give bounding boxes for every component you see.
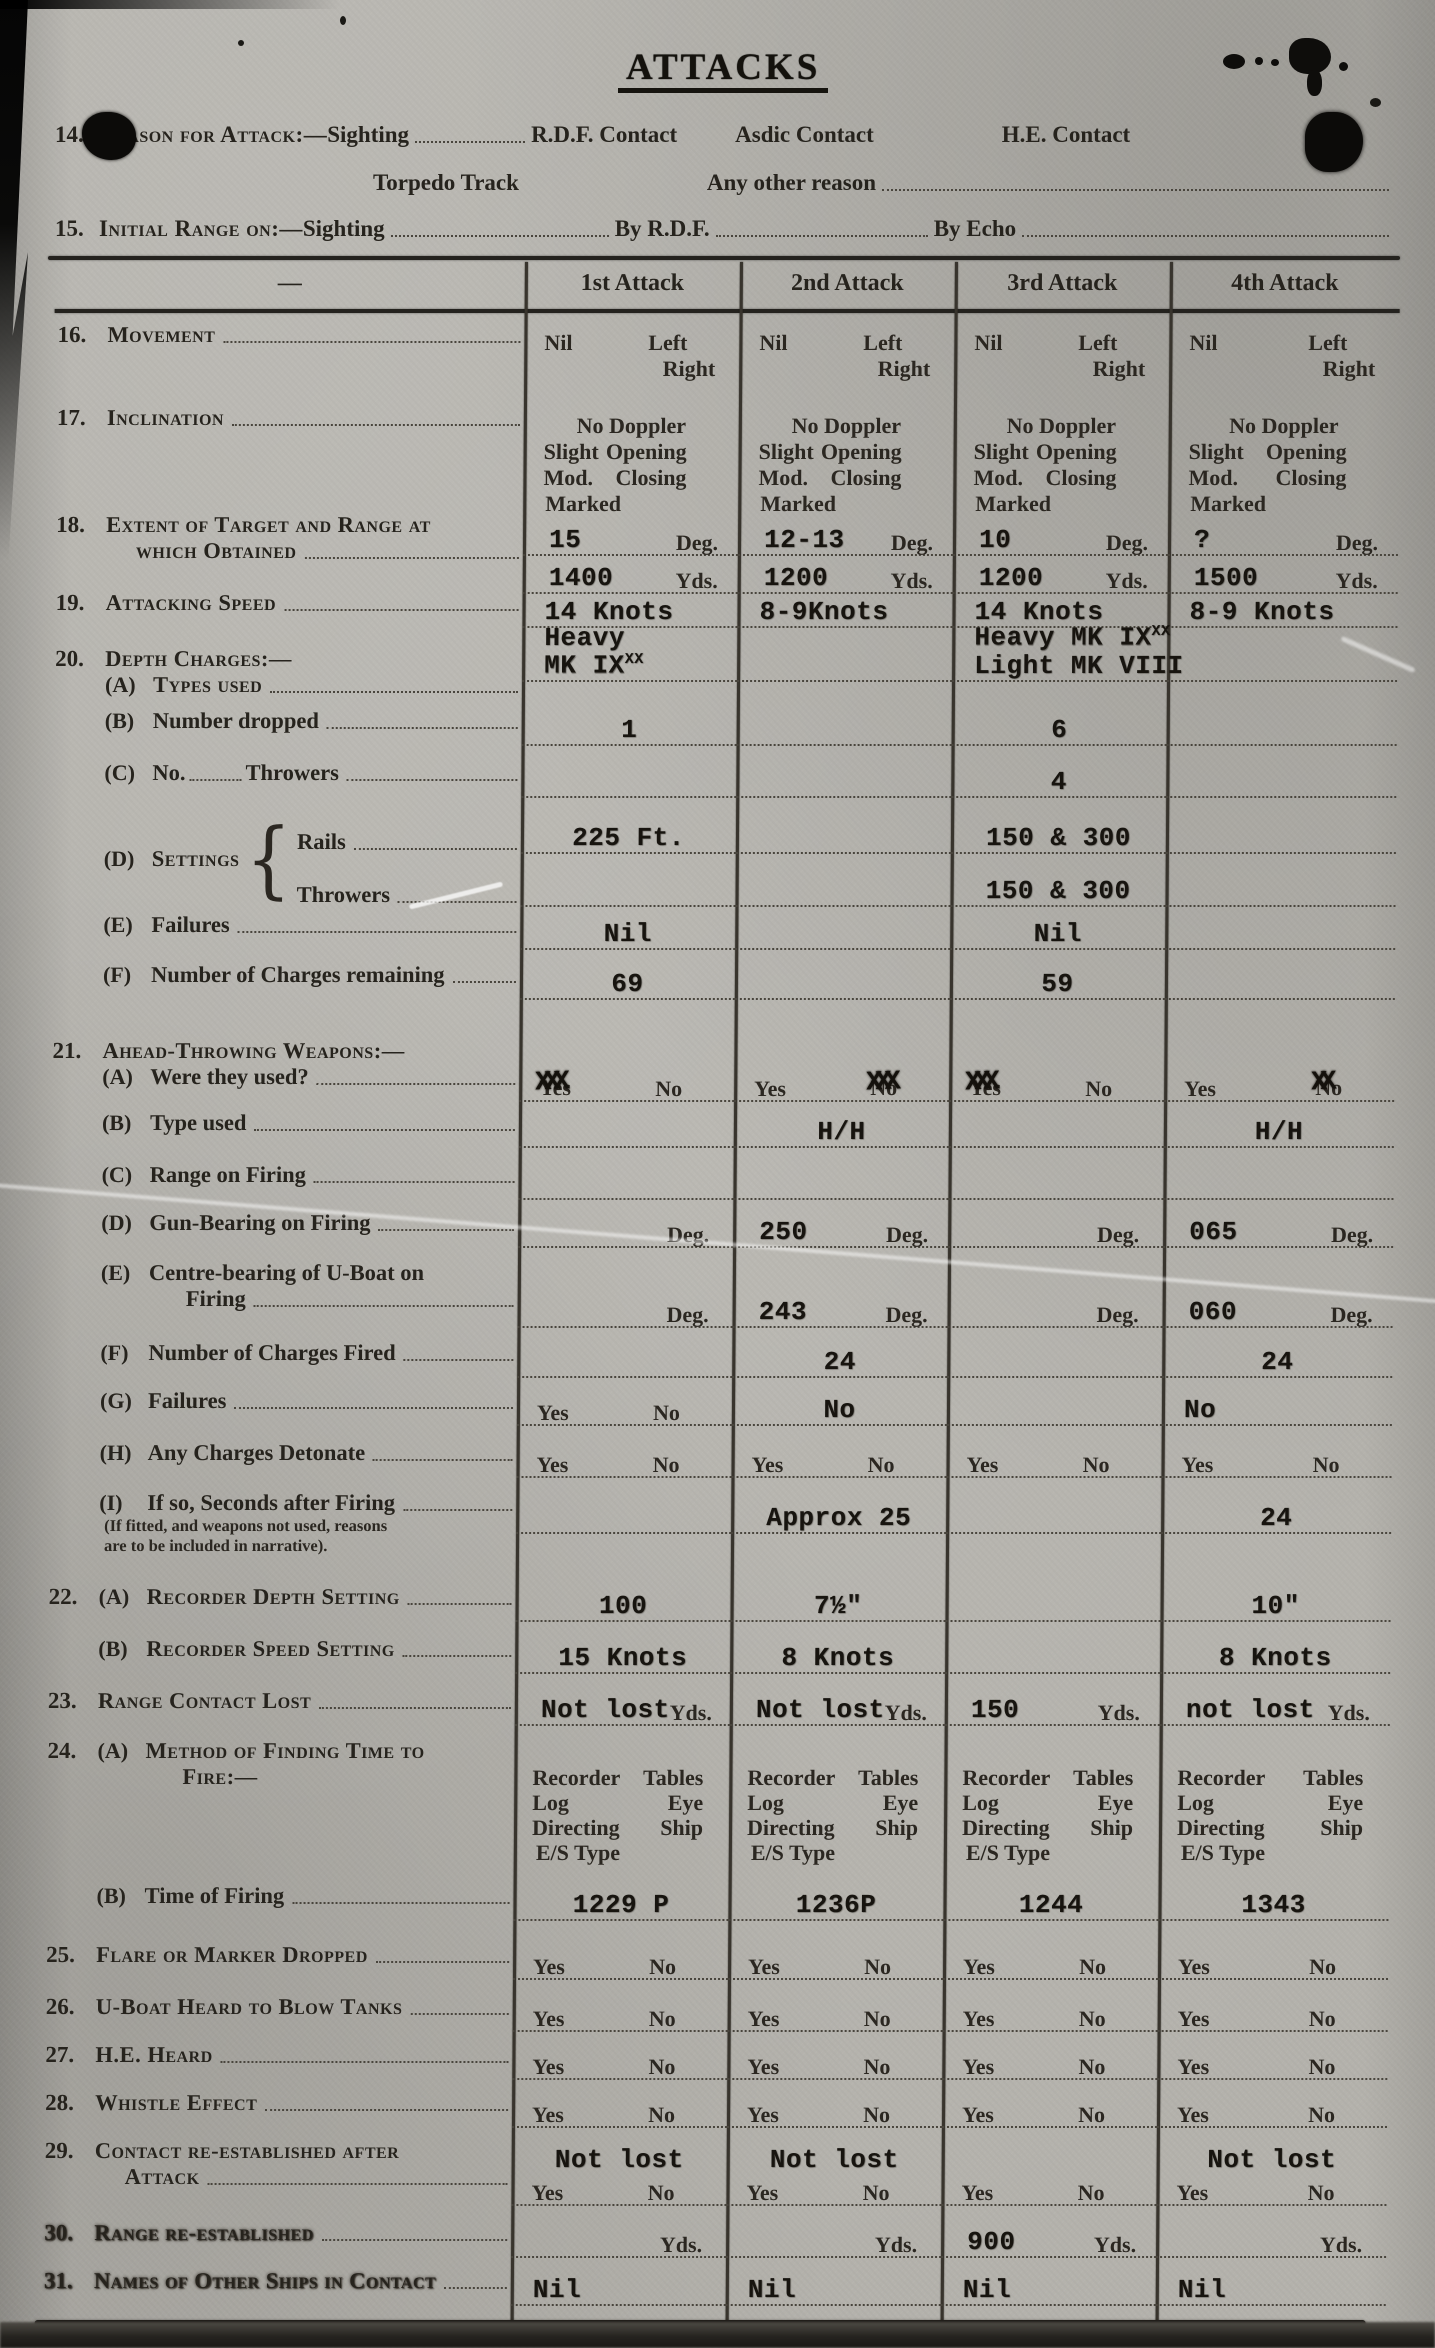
cell-line: YesNo bbox=[511, 2174, 726, 2206]
table-cell bbox=[735, 962, 950, 1000]
preprinted-option: Yes bbox=[967, 1453, 999, 1476]
table-cell: 150Yds. bbox=[945, 1688, 1160, 1726]
preprinted-option: Recorder bbox=[532, 1766, 620, 1789]
form-row-(G): (G)FailuresYesNoNoNo bbox=[47, 1388, 1392, 1426]
row-label-line: 27.H.E. Heard bbox=[45, 2042, 512, 2068]
cell-line: H/H bbox=[1164, 1116, 1394, 1148]
option-by-rdf: By R.D.F. bbox=[615, 216, 710, 242]
dotted-leader bbox=[238, 931, 517, 933]
preprinted-option: No bbox=[648, 2103, 675, 2126]
preprinted-option: No bbox=[1308, 2181, 1335, 2204]
attack-table: — 1st Attack 2nd Attack 3rd Attack 4th A… bbox=[40, 262, 1400, 2340]
row-label-text: Attack bbox=[125, 2164, 200, 2190]
dotted-leader bbox=[270, 691, 518, 693]
row-label-line: 23.Range Contact Lost bbox=[48, 1688, 515, 1714]
table-cell: Nil bbox=[1156, 2268, 1386, 2306]
cell-line: YesXXXNo bbox=[949, 1070, 1164, 1102]
cell-line bbox=[1167, 652, 1397, 682]
table-cell: Nil bbox=[520, 912, 735, 950]
row-label-line2: Firing bbox=[186, 1286, 518, 1312]
form-row-(B): (B)Recorder Speed Setting15 Knots8 Knots… bbox=[45, 1636, 1390, 1674]
dotted-leader bbox=[221, 2061, 509, 2063]
cell-line: 150 & 300 bbox=[950, 875, 1165, 907]
row-label: (E)Centre-bearing of U-Boat onFiring bbox=[48, 1260, 518, 1312]
dotted-leader bbox=[317, 1083, 516, 1085]
preprinted-option: Slight bbox=[1189, 440, 1244, 463]
cell-line bbox=[947, 1394, 1162, 1426]
struck-option: NoXXX bbox=[870, 1076, 897, 1100]
field-line-15: 15. Initial Range on:— Sighting By R.D.F… bbox=[55, 216, 1395, 242]
preprinted-option: No bbox=[1083, 1453, 1110, 1476]
row-label-text: Number dropped bbox=[153, 708, 319, 734]
row-label: (B)Type used bbox=[49, 1110, 519, 1136]
typed-overstrike: XXX bbox=[866, 1069, 894, 1098]
cell-line bbox=[1166, 766, 1396, 798]
cell-line: Deg. bbox=[518, 1296, 733, 1328]
cell-line: 225 Ft. bbox=[521, 822, 736, 854]
form-row-29.: 29.Contact re-established afterAttackNot… bbox=[41, 2138, 1386, 2206]
row-label-text: Movement bbox=[107, 322, 215, 348]
table-cell bbox=[516, 1490, 731, 1534]
settings-items: RailsThrowers bbox=[297, 806, 522, 912]
row-label-line: (C)Range on Firing bbox=[52, 1162, 519, 1188]
cell-line: 8 Knots bbox=[1160, 1642, 1390, 1674]
preprinted-option: Right bbox=[878, 357, 931, 380]
preprinted-option: Opening bbox=[606, 440, 687, 463]
table-cell: YesNo bbox=[1158, 1942, 1388, 1980]
table-cell: YesNo bbox=[943, 1994, 1158, 2032]
cell-line bbox=[1166, 822, 1396, 854]
unit-label: Yds. bbox=[1320, 2233, 1362, 2256]
dotted-leader bbox=[208, 2183, 508, 2185]
header-rule bbox=[55, 309, 1400, 313]
table-cell bbox=[517, 1340, 732, 1378]
row-label-text: U-Boat Heard to Blow Tanks bbox=[96, 1994, 403, 2020]
preprinted-option: Yes bbox=[1177, 2055, 1209, 2078]
typed-entry: 900 bbox=[967, 2229, 1016, 2256]
table-cell bbox=[737, 708, 952, 746]
typed-entry: 060 bbox=[1189, 1299, 1238, 1326]
row-label: (B)Time of Firing bbox=[44, 1883, 514, 1909]
preprinted-option: Nil bbox=[544, 331, 572, 354]
row-label-text: Ahead-Throwing Weapons:— bbox=[102, 1038, 404, 1064]
cell-line bbox=[946, 1590, 1161, 1622]
table-cell: 225 Ft. bbox=[521, 806, 736, 859]
dotted-leader bbox=[190, 779, 242, 781]
cell-line: YesNo bbox=[732, 1446, 947, 1478]
table-cell: YesNo bbox=[1157, 2090, 1387, 2128]
row-label-text: H.E. Heard bbox=[95, 2042, 212, 2068]
table-cell: YesXXXNo bbox=[519, 1064, 734, 1102]
cell-line: 243Deg. bbox=[733, 1296, 948, 1328]
cell-line: Nil bbox=[726, 2274, 941, 2306]
row-label-text: Inclination bbox=[107, 405, 224, 431]
typed-entry: No bbox=[823, 1397, 855, 1424]
table-cell: 100 bbox=[516, 1584, 731, 1622]
column-header-4th-attack: 4th Attack bbox=[1170, 270, 1400, 297]
unit-label: Yds. bbox=[660, 2233, 702, 2256]
cell-line bbox=[737, 714, 952, 746]
row-label-line: (E)Centre-bearing of U-Boat on bbox=[51, 1260, 518, 1286]
table-cell: RecorderTablesLogEyeDirectingShipE/S Typ… bbox=[944, 1738, 1160, 1864]
form-row-20.: 20.Depth Charges:—(A)Types usedHeavyMK I… bbox=[52, 620, 1398, 698]
row-label-line: 31.Names of Other Ships in Contact bbox=[44, 2268, 511, 2294]
cell-line: Nil bbox=[950, 918, 1165, 950]
preprinted-option: Yes bbox=[533, 2007, 565, 2030]
row-label: 27.H.E. Heard bbox=[42, 2042, 512, 2068]
dotted-leader bbox=[265, 2109, 508, 2111]
table-cell: YesNo bbox=[1157, 2042, 1387, 2080]
table-cell: No DopplerSlightOpeningMod.ClosingMarked bbox=[523, 405, 739, 515]
row-label-text: Types used bbox=[153, 672, 262, 698]
cell-line: 10" bbox=[1161, 1590, 1391, 1622]
cell-line: Mod.Closing bbox=[1168, 463, 1398, 489]
preprinted-option: No Doppler bbox=[792, 414, 902, 437]
cell-line bbox=[947, 1346, 1162, 1378]
unit-label: Yds. bbox=[1098, 1701, 1140, 1724]
row-letter: (B) bbox=[97, 1883, 145, 1909]
preprinted-option: Ship bbox=[660, 1816, 703, 1839]
table-cell: 12-13Deg.1200Yds. bbox=[738, 512, 954, 594]
row-label-text: Firing bbox=[186, 1286, 246, 1312]
struck-option: YesXXX bbox=[969, 1076, 1001, 1100]
dotted-leader bbox=[1022, 235, 1389, 237]
table-cell bbox=[949, 1110, 1164, 1148]
typed-entry: Not lost bbox=[770, 2147, 899, 2174]
row-label-text: Any Charges Detonate bbox=[148, 1440, 366, 1466]
table-cell: 24 bbox=[1161, 1490, 1391, 1534]
preprinted-option: Yes bbox=[1178, 2007, 1210, 2030]
row-label: 28.Whistle Effect bbox=[42, 2090, 512, 2116]
cell-line: Approx 25 bbox=[731, 1498, 946, 1534]
preprinted-option: Left bbox=[1308, 331, 1347, 354]
cell-line: Heavy MK IXXX bbox=[952, 624, 1167, 652]
typed-entry: 150 bbox=[971, 1697, 1020, 1724]
table-cell: 1244 bbox=[943, 1883, 1158, 1921]
dotted-leader bbox=[408, 1603, 512, 1605]
typed-entry: 15 bbox=[549, 527, 581, 554]
cell-line bbox=[942, 2144, 1157, 2174]
table-cell: YesNo bbox=[727, 2090, 942, 2128]
form-row-(B): (B)Number dropped16 bbox=[52, 708, 1397, 746]
settings-cells: 225 Ft.150 & 300150 & 300 bbox=[520, 806, 1396, 912]
row-note: are to be included in narrative). bbox=[104, 1536, 516, 1556]
typed-entry: Nil bbox=[604, 921, 653, 948]
cell-line: No Doppler bbox=[1169, 411, 1399, 437]
cell-line: LogEye bbox=[729, 1789, 944, 1814]
preprinted-option: No bbox=[648, 2055, 675, 2078]
table-cell: Nil bbox=[511, 2268, 726, 2306]
typed-entry: 1236P bbox=[796, 1892, 877, 1919]
typed-entry: Not lost bbox=[1207, 2147, 1336, 2174]
cell-line: Mod.Closing bbox=[523, 463, 738, 489]
dotted-leader bbox=[292, 1902, 509, 1904]
typed-entry: 59 bbox=[1041, 971, 1073, 998]
cell-line: MK IXXX bbox=[522, 652, 737, 682]
row-label-line2: Fire:— bbox=[182, 1764, 514, 1790]
preprinted-option: Opening bbox=[1266, 440, 1347, 463]
cell-line bbox=[1163, 1168, 1393, 1200]
preprinted-option: No bbox=[863, 2103, 890, 2126]
cell-line: Not lost bbox=[512, 2144, 727, 2174]
settings-item: Rails bbox=[297, 806, 521, 859]
typed-entry: 24 bbox=[1261, 1349, 1293, 1376]
column-header-dash: — bbox=[55, 270, 525, 297]
row-label-text: Fire:— bbox=[182, 1764, 257, 1790]
row-number: 16. bbox=[57, 322, 107, 348]
dotted-leader bbox=[882, 189, 1389, 191]
cell-line: YesNo bbox=[1157, 2048, 1387, 2080]
settings-cell-row: 150 & 300 bbox=[520, 859, 1395, 912]
row-label: 18.Extent of Target and Range atwhich Ob… bbox=[53, 512, 523, 564]
preprinted-option: Yes bbox=[537, 1401, 569, 1424]
preprinted-option: Recorder bbox=[747, 1766, 835, 1789]
table-cell bbox=[947, 1388, 1162, 1426]
cell-line: Not lostYds. bbox=[515, 1694, 730, 1726]
typed-entry: 1229 P bbox=[573, 1892, 670, 1919]
form-row-(E): (E)FailuresNilNil bbox=[50, 912, 1395, 950]
cell-line: 900Yds. bbox=[941, 2226, 1156, 2258]
cell-line bbox=[945, 1642, 1160, 1674]
form-row-25.: 25.Flare or Marker DroppedYesNoYesNoYesN… bbox=[43, 1942, 1388, 1980]
unit-label: Deg. bbox=[1106, 531, 1148, 554]
preprinted-option: Yes bbox=[748, 1955, 780, 1978]
cell-line: Not lost bbox=[727, 2144, 942, 2174]
cell-line: NilLeft bbox=[954, 328, 1169, 354]
cell-line: DirectingShip bbox=[514, 1814, 729, 1839]
dotted-leader bbox=[322, 2239, 507, 2241]
table-cell: Not lostYds. bbox=[730, 1688, 945, 1726]
table-cell: H/H bbox=[734, 1110, 949, 1148]
row-number: 22. bbox=[49, 1584, 99, 1610]
preprinted-option: Log bbox=[747, 1791, 784, 1814]
table-cell: YesNo bbox=[517, 1388, 732, 1426]
preprinted-option: No bbox=[1079, 2007, 1106, 2030]
column-header-1st-attack: 1st Attack bbox=[525, 270, 740, 297]
table-cell: Nil bbox=[726, 2268, 941, 2306]
preprinted-option: Right bbox=[1093, 357, 1146, 380]
row-label: 30.Range re-established bbox=[41, 2220, 511, 2246]
table-cell bbox=[1165, 962, 1395, 1000]
table-cell: NilLeftRight bbox=[524, 322, 739, 380]
table-cell: YesNo bbox=[1158, 1994, 1388, 2032]
cell-line: 150 & 300 bbox=[951, 822, 1166, 854]
preprinted-option: Opening bbox=[1036, 440, 1117, 463]
cell-line: Nil bbox=[941, 2274, 1156, 2306]
cell-line: NilLeft bbox=[1169, 328, 1399, 354]
preprinted-option: No bbox=[864, 1955, 891, 1978]
preprinted-option: Eye bbox=[1098, 1791, 1134, 1814]
preprinted-option: Recorder bbox=[1177, 1766, 1265, 1789]
row-label: (C)No.Throwers bbox=[51, 760, 521, 786]
cell-line: LogEye bbox=[1159, 1789, 1389, 1814]
row-label: 21.Ahead-Throwing Weapons:— bbox=[49, 1038, 519, 1064]
preprinted-option: Directing bbox=[747, 1816, 835, 1839]
row-label-text: Centre-bearing of U-Boat on bbox=[149, 1260, 424, 1286]
row-letter: (B) bbox=[98, 1636, 146, 1662]
preprinted-option: Slight bbox=[759, 440, 814, 463]
table-cell: Not lostYesNo bbox=[726, 2138, 941, 2206]
cell-line: Yds. bbox=[726, 2226, 941, 2258]
row-label-line: 28.Whistle Effect bbox=[45, 2090, 512, 2116]
scan-edge-shadow bbox=[0, 0, 340, 9]
cell-line bbox=[1165, 918, 1395, 950]
preprinted-option: Log bbox=[962, 1791, 999, 1814]
row-label-line2: Attack bbox=[125, 2164, 512, 2190]
table-cell: 6 bbox=[952, 708, 1167, 746]
cell-line bbox=[1165, 968, 1395, 1000]
typed-entry: H/H bbox=[1255, 1119, 1304, 1146]
table-cell bbox=[733, 1162, 948, 1200]
curly-brace: { bbox=[245, 811, 291, 907]
typed-entry: 12-13 bbox=[764, 527, 845, 554]
cell-line: not lostYds. bbox=[1160, 1694, 1390, 1726]
cell-line: E/S Type bbox=[729, 1839, 944, 1864]
typed-entry: 8 Knots bbox=[1219, 1645, 1332, 1672]
table-cell: Not lostYesNo bbox=[511, 2138, 726, 2206]
row-number: 19. bbox=[56, 590, 106, 616]
row-number: 21. bbox=[52, 1038, 102, 1064]
typed-entry: 065 bbox=[1189, 1219, 1238, 1246]
table-cell: 243Deg. bbox=[733, 1260, 948, 1328]
typed-entry: 24 bbox=[1260, 1505, 1292, 1532]
preprinted-option: Log bbox=[1177, 1791, 1214, 1814]
table-cell: YesNo bbox=[512, 2090, 727, 2128]
dotted-leader bbox=[223, 341, 520, 343]
cell-line: DirectingShip bbox=[729, 1814, 944, 1839]
preprinted-option: Slight bbox=[544, 440, 599, 463]
cell-line: Deg. bbox=[948, 1296, 1163, 1328]
table-cell: No DopplerSlightOpeningMod.ClosingMarked bbox=[738, 405, 954, 515]
table-cell: 10Deg.1200Yds. bbox=[953, 512, 1169, 594]
cell-line: 150Yds. bbox=[945, 1694, 1160, 1726]
table-cell: Yds. bbox=[1156, 2220, 1386, 2258]
unit-label: Deg. bbox=[891, 531, 933, 554]
dotted-leader bbox=[319, 1707, 511, 1709]
table-cell: 4 bbox=[951, 760, 1166, 798]
table-cell: 69 bbox=[520, 962, 735, 1000]
cell-line: Mod.Closing bbox=[738, 463, 953, 489]
cell-line: 1200Yds. bbox=[738, 556, 953, 594]
cell-line bbox=[521, 766, 736, 798]
option-sighting: Sighting bbox=[303, 216, 385, 242]
typed-entry: Nil bbox=[1178, 2277, 1227, 2304]
cell-line: YesNo bbox=[517, 1446, 732, 1478]
cell-line: 8 Knots bbox=[730, 1642, 945, 1674]
preprinted-option: Opening bbox=[821, 440, 902, 463]
row-number: 25. bbox=[46, 1942, 96, 1968]
preprinted-option: No bbox=[653, 1453, 680, 1476]
cell-line: No bbox=[732, 1394, 947, 1426]
table-cell: Nil bbox=[950, 912, 1165, 950]
cell-line: Heavy bbox=[522, 624, 737, 652]
row-label-text: Names of Other Ships in Contact bbox=[94, 2268, 437, 2294]
cell-line: YesNoXXX bbox=[734, 1070, 949, 1102]
cell-line: RecorderTables bbox=[944, 1764, 1159, 1789]
row-label-text: Number of Charges Fired bbox=[148, 1340, 395, 1366]
preprinted-option: Log bbox=[532, 1791, 569, 1814]
row-label-line: (G)Failures bbox=[50, 1388, 517, 1414]
table-cell: Not lostYds. bbox=[515, 1688, 730, 1726]
row-label-line: (B)Number dropped bbox=[55, 708, 522, 734]
ink-blot bbox=[82, 112, 136, 160]
table-cell: Approx 25 bbox=[731, 1490, 946, 1534]
row-label-line: 26.U-Boat Heard to Blow Tanks bbox=[46, 1994, 513, 2020]
row-label: (I)If so, Seconds after Firing(If fitted… bbox=[46, 1490, 516, 1556]
row-label-text: Number of Charges remaining bbox=[151, 962, 445, 988]
preprinted-option: Mod. bbox=[758, 466, 808, 489]
preprinted-option: Yes bbox=[962, 2103, 994, 2126]
dotted-leader bbox=[254, 1305, 514, 1307]
table-cell: YesNo bbox=[517, 1440, 732, 1478]
row-label-line: 30.Range re-established bbox=[44, 2220, 511, 2246]
cell-line bbox=[737, 624, 952, 652]
preprinted-option: Closing bbox=[1045, 466, 1116, 489]
row-letter: (G) bbox=[100, 1388, 148, 1414]
cell-line bbox=[735, 968, 950, 1000]
typed-entry: Approx 25 bbox=[766, 1505, 911, 1532]
table-cell bbox=[1166, 806, 1396, 859]
table-cell: No bbox=[1162, 1388, 1392, 1426]
dotted-leader bbox=[234, 1407, 513, 1409]
table-cell: No DopplerSlightOpeningMod.ClosingMarked bbox=[1168, 405, 1399, 515]
cell-line: 12-13Deg. bbox=[738, 518, 953, 556]
row-note: (If fitted, and weapons not used, reason… bbox=[104, 1516, 516, 1536]
cell-line: YesNo bbox=[728, 2000, 943, 2032]
row-letter: (A) bbox=[98, 1738, 146, 1764]
row-label: 26.U-Boat Heard to Blow Tanks bbox=[43, 1994, 513, 2020]
unit-label: Yds. bbox=[875, 2233, 917, 2256]
form-row-(D): (D)Settings{RailsThrowers225 Ft.150 & 30… bbox=[50, 806, 1396, 912]
cell-line: LogEye bbox=[514, 1789, 729, 1814]
typed-entry: 1500 bbox=[1194, 565, 1259, 592]
row-label-line: 22.(A)Recorder Depth Setting bbox=[49, 1584, 516, 1610]
dotted-leader bbox=[403, 1509, 512, 1511]
form-row-28.: 28.Whistle EffectYesNoYesNoYesNoYesNo bbox=[42, 2090, 1387, 2128]
preprinted-option: Yes bbox=[537, 1453, 569, 1476]
table-cell: 1229 P bbox=[513, 1883, 728, 1921]
cell-line: DirectingShip bbox=[944, 1814, 1159, 1839]
cell-line: YesNo bbox=[1156, 2174, 1386, 2206]
row-label-line: 16.Movement bbox=[57, 322, 524, 348]
preprinted-option: Slight bbox=[974, 440, 1029, 463]
row-sublabel: (A)Types used bbox=[55, 672, 522, 698]
cell-line: YesNo bbox=[1158, 2000, 1388, 2032]
preprinted-option: Tables bbox=[1303, 1766, 1363, 1789]
preprinted-option: Directing bbox=[962, 1816, 1050, 1839]
option-asdic-contact: Asdic Contact bbox=[735, 122, 874, 148]
row-label: 24.(A)Method of Finding Time toFire:— bbox=[44, 1738, 514, 1790]
cell-line: YesNo bbox=[943, 2000, 1158, 2032]
preprinted-option: No bbox=[653, 1401, 680, 1424]
row-label-line: (B)Type used bbox=[52, 1110, 519, 1136]
preprinted-option: E/S Type bbox=[751, 1841, 835, 1864]
page-title-wrap: ATTACKS bbox=[618, 46, 828, 89]
preprinted-option: Directing bbox=[1177, 1816, 1265, 1839]
preprinted-option: Yes bbox=[754, 1077, 786, 1100]
cell-line: YesNo bbox=[942, 2096, 1157, 2128]
struck-option: NoXX bbox=[1315, 1076, 1342, 1100]
table-cell: H/H bbox=[1164, 1110, 1394, 1148]
cell-line: RecorderTables bbox=[729, 1764, 944, 1789]
preprinted-option: Yes bbox=[747, 2055, 779, 2078]
typed-entry: Nil bbox=[533, 2277, 582, 2304]
form-row-31.: 31.Names of Other Ships in ContactNilNil… bbox=[41, 2268, 1386, 2306]
cell-line: Not lostYds. bbox=[730, 1694, 945, 1726]
cell-line: 1343 bbox=[1158, 1889, 1388, 1921]
cell-line: Deg. bbox=[948, 1216, 1163, 1248]
row-label-text: Failures bbox=[151, 912, 230, 938]
